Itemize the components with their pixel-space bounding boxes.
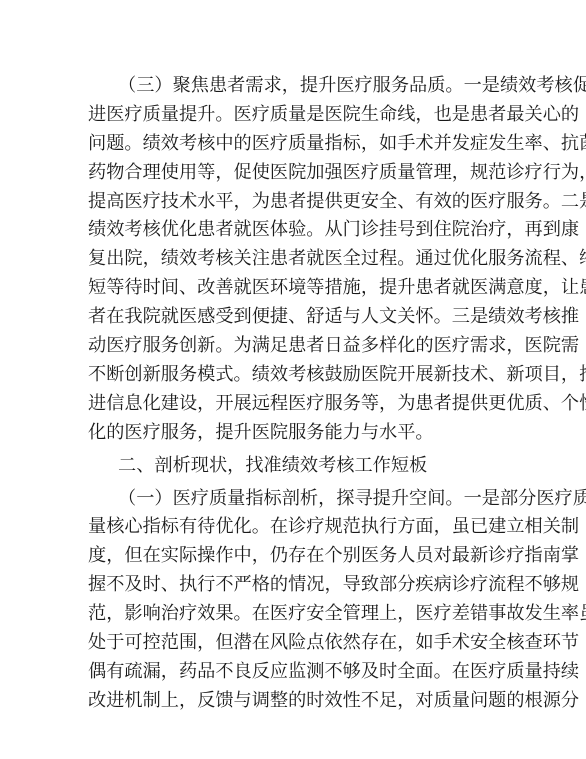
text-line: 动医疗服务创新。为满足患者日益多样化的医疗需求，医院需 — [88, 332, 489, 361]
text-line: 改进机制上，反馈与调整的时效性不足，对质量问题的根源分 — [88, 687, 489, 716]
text-line: 处于可控范围，但潜在风险点依然存在，如手术安全核查环节 — [88, 629, 489, 658]
text-line: 化的医疗服务，提升医院服务能力与水平。 — [88, 419, 489, 448]
section-heading: 二、剖析现状，找准绩效考核工作短板 — [88, 449, 489, 482]
document-page: （三）聚焦患者需求，提升医疗服务品质。一是绩效考核促 进医疗质量提升。医疗质量是… — [88, 72, 489, 716]
text-line: 绩效考核优化患者就医体验。从门诊挂号到住院治疗，再到康 — [88, 216, 489, 245]
text-line: 短等待时间、改善就医环境等措施，提升患者就医满意度，让患 — [88, 274, 489, 303]
text-line: 进信息化建设，开展远程医疗服务等，为患者提供更优质、个性 — [88, 390, 489, 419]
text-line: 者在我院就医感受到便捷、舒适与人文关怀。三是绩效考核推 — [88, 303, 489, 332]
text-line: 量核心指标有待优化。在诊疗规范执行方面，虽已建立相关制 — [88, 513, 489, 542]
text-line: （一）医疗质量指标剖析，探寻提升空间。一是部分医疗质 — [88, 485, 489, 514]
text-line: 进医疗质量提升。医疗质量是医院生命线，也是患者最关心的 — [88, 101, 489, 130]
text-line: 提高医疗技术水平，为患者提供更安全、有效的医疗服务。二是 — [88, 188, 489, 217]
text-line: 握不及时、执行不严格的情况，导致部分疾病诊疗流程不够规 — [88, 571, 489, 600]
text-line: 问题。绩效考核中的医疗质量指标，如手术并发症发生率、抗菌 — [88, 130, 489, 159]
text-line: 偶有疏漏，药品不良反应监测不够及时全面。在医疗质量持续 — [88, 658, 489, 687]
text-line: 复出院，绩效考核关注患者就医全过程。通过优化服务流程、缩 — [88, 245, 489, 274]
text-line: 度，但在实际操作中，仍存在个别医务人员对最新诊疗指南掌 — [88, 542, 489, 571]
text-line: 范，影响治疗效果。在医疗安全管理上，医疗差错事故发生率虽 — [88, 600, 489, 629]
text-line: 药物合理使用等，促使医院加强医疗质量管理，规范诊疗行为， — [88, 159, 489, 188]
paragraph-patient-needs: （三）聚焦患者需求，提升医疗服务品质。一是绩效考核促 进医疗质量提升。医疗质量是… — [88, 72, 489, 448]
text-line: 不断创新服务模式。绩效考核鼓励医院开展新技术、新项目，推 — [88, 361, 489, 390]
text-line: （三）聚焦患者需求，提升医疗服务品质。一是绩效考核促 — [88, 72, 489, 101]
paragraph-quality-indicators: （一）医疗质量指标剖析，探寻提升空间。一是部分医疗质 量核心指标有待优化。在诊疗… — [88, 485, 489, 716]
